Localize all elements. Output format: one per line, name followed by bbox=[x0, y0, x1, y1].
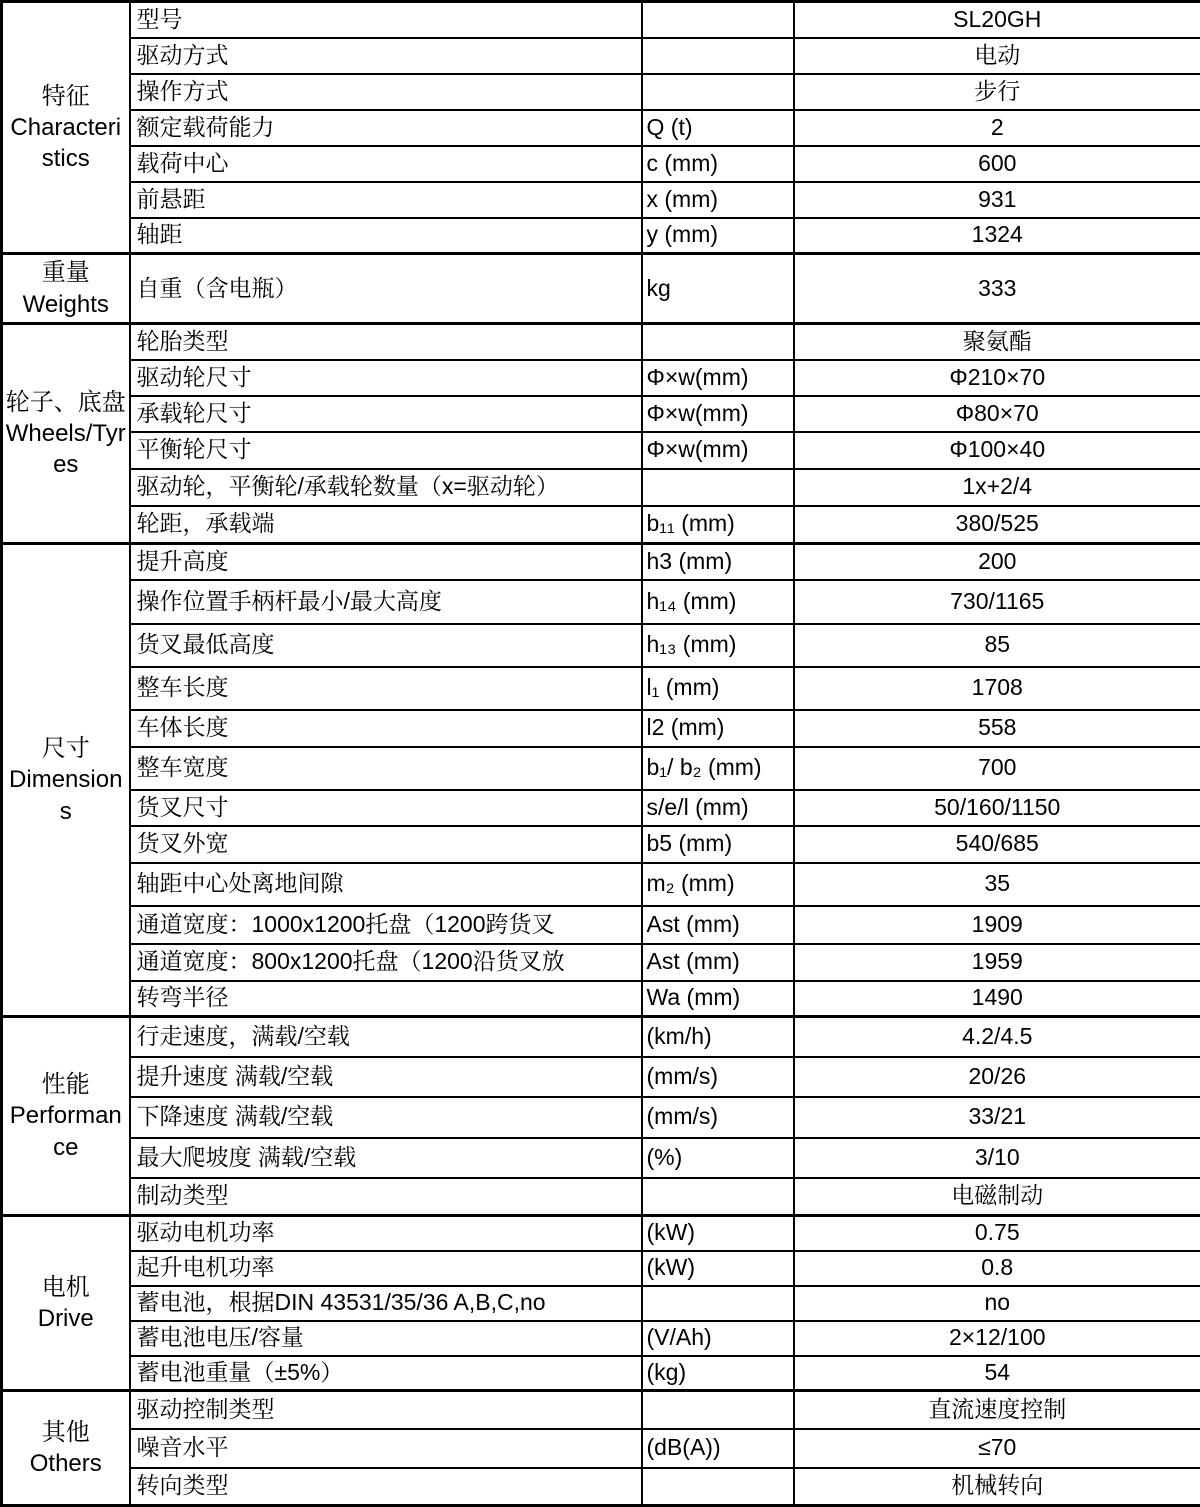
spec-unit: h₁₄ (mm) bbox=[642, 580, 794, 624]
table-row: 蓄电池电压/容量 (V/Ah) 2×12/100 bbox=[2, 1321, 1200, 1356]
spec-name: 额定载荷能力 bbox=[130, 110, 642, 146]
category-label-en: Characteristics bbox=[5, 112, 127, 174]
spec-name: 前悬距 bbox=[130, 182, 642, 218]
spec-unit bbox=[642, 469, 794, 506]
category-cell-dimensions: 尺寸 Dimensions bbox=[2, 544, 130, 1017]
spec-name: 整车宽度 bbox=[130, 747, 642, 790]
spec-value: 1909 bbox=[794, 906, 1200, 944]
spec-name: 操作位置手柄杆最小/最大高度 bbox=[130, 580, 642, 624]
spec-name: 提升高度 bbox=[130, 544, 642, 580]
spec-unit: Q (t) bbox=[642, 110, 794, 146]
category-label-en: Wheels/Tyres bbox=[5, 418, 127, 480]
spec-name: 驱动控制类型 bbox=[130, 1391, 642, 1429]
section-drive: 电机 Drive 驱动电机功率 (kW) 0.75 起升电机功率 (kW) 0.… bbox=[2, 1216, 1200, 1391]
spec-name: 货叉外宽 bbox=[130, 826, 642, 863]
forklift-spec-table: 特征 Characteristics 型号 SL20GH 驱动方式 电动 操作方… bbox=[0, 0, 1200, 1507]
spec-value: 54 bbox=[794, 1356, 1200, 1391]
spec-value: 50/160/1150 bbox=[794, 790, 1200, 826]
spec-unit: b₁₁ (mm) bbox=[642, 506, 794, 544]
spec-name: 最大爬坡度 满载/空载 bbox=[130, 1138, 642, 1178]
spec-unit: b₁/ b₂ (mm) bbox=[642, 747, 794, 790]
spec-unit: b5 (mm) bbox=[642, 826, 794, 863]
spec-value: 558 bbox=[794, 710, 1200, 747]
category-label-zh: 尺寸 bbox=[5, 733, 127, 764]
spec-unit: s/e/l (mm) bbox=[642, 790, 794, 826]
table-row: 下降速度 满载/空载 (mm/s) 33/21 bbox=[2, 1097, 1200, 1138]
section-others: 其他 Others 驱动控制类型 直流速度控制 噪音水平 (dB(A)) ≤70… bbox=[2, 1391, 1200, 1506]
table-row: 驱动方式 电动 bbox=[2, 38, 1200, 74]
table-row: 蓄电池重量（±5%） (kg) 54 bbox=[2, 1356, 1200, 1391]
spec-name: 噪音水平 bbox=[130, 1429, 642, 1468]
spec-name: 蓄电池电压/容量 bbox=[130, 1321, 642, 1356]
table-row: 通道宽度：1000x1200托盘（1200跨货叉 Ast (mm) 1909 bbox=[2, 906, 1200, 944]
spec-unit: Φ×w(mm) bbox=[642, 396, 794, 432]
table-row: 货叉最低高度 h₁₃ (mm) 85 bbox=[2, 624, 1200, 667]
table-row: 货叉外宽 b5 (mm) 540/685 bbox=[2, 826, 1200, 863]
table-row: 轮子、底盘 Wheels/Tyres 轮胎类型 聚氨酯 bbox=[2, 324, 1200, 360]
spec-name: 驱动方式 bbox=[130, 38, 642, 74]
spec-unit: (km/h) bbox=[642, 1017, 794, 1057]
table-row: 货叉尺寸 s/e/l (mm) 50/160/1150 bbox=[2, 790, 1200, 826]
spec-value: 1490 bbox=[794, 981, 1200, 1017]
spec-unit: h3 (mm) bbox=[642, 544, 794, 580]
category-label-en: Others bbox=[5, 1448, 127, 1479]
spec-unit bbox=[642, 74, 794, 110]
spec-value: 4.2/4.5 bbox=[794, 1017, 1200, 1057]
spec-name: 轮距，承载端 bbox=[130, 506, 642, 544]
spec-name: 操作方式 bbox=[130, 74, 642, 110]
spec-value: 1x+2/4 bbox=[794, 469, 1200, 506]
spec-value: 35 bbox=[794, 863, 1200, 906]
spec-value: 2×12/100 bbox=[794, 1321, 1200, 1356]
spec-value: 0.8 bbox=[794, 1251, 1200, 1286]
spec-name: 车体长度 bbox=[130, 710, 642, 747]
spec-name: 整车长度 bbox=[130, 667, 642, 710]
spec-unit: (mm/s) bbox=[642, 1097, 794, 1138]
category-label-en: Drive bbox=[5, 1303, 127, 1334]
section-wheels: 轮子、底盘 Wheels/Tyres 轮胎类型 聚氨酯 驱动轮尺寸 Φ×w(mm… bbox=[2, 324, 1200, 544]
spec-name: 自重（含电瓶） bbox=[130, 254, 642, 324]
spec-value: 1324 bbox=[794, 218, 1200, 254]
spec-unit: (mm/s) bbox=[642, 1057, 794, 1097]
table-row: 承载轮尺寸 Φ×w(mm) Φ80×70 bbox=[2, 396, 1200, 432]
table-row: 轮距，承载端 b₁₁ (mm) 380/525 bbox=[2, 506, 1200, 544]
category-label-zh: 其他 bbox=[5, 1417, 127, 1448]
spec-unit: (%) bbox=[642, 1138, 794, 1178]
table-row: 蓄电池，根据DIN 43531/35/36 A,B,C,no no bbox=[2, 1286, 1200, 1321]
table-row: 前悬距 x (mm) 931 bbox=[2, 182, 1200, 218]
spec-unit: Ast (mm) bbox=[642, 906, 794, 944]
table-row: 制动类型 电磁制动 bbox=[2, 1178, 1200, 1216]
table-row: 轴距中心处离地间隙 m₂ (mm) 35 bbox=[2, 863, 1200, 906]
spec-value: no bbox=[794, 1286, 1200, 1321]
category-label-en: Performance bbox=[5, 1100, 127, 1162]
spec-name: 载荷中心 bbox=[130, 146, 642, 182]
table-row: 重量 Weights 自重（含电瓶） kg 333 bbox=[2, 254, 1200, 324]
spec-unit: Ast (mm) bbox=[642, 944, 794, 981]
section-weights: 重量 Weights 自重（含电瓶） kg 333 bbox=[2, 254, 1200, 324]
spec-value: 1959 bbox=[794, 944, 1200, 981]
spec-unit: (kW) bbox=[642, 1216, 794, 1251]
category-label-en: Weights bbox=[5, 289, 127, 320]
table-row: 转弯半径 Wa (mm) 1490 bbox=[2, 981, 1200, 1017]
table-row: 起升电机功率 (kW) 0.8 bbox=[2, 1251, 1200, 1286]
spec-unit: c (mm) bbox=[642, 146, 794, 182]
table-row: 整车宽度 b₁/ b₂ (mm) 700 bbox=[2, 747, 1200, 790]
spec-name: 提升速度 满载/空载 bbox=[130, 1057, 642, 1097]
table-row: 操作位置手柄杆最小/最大高度 h₁₄ (mm) 730/1165 bbox=[2, 580, 1200, 624]
table-row: 整车长度 l₁ (mm) 1708 bbox=[2, 667, 1200, 710]
table-row: 特征 Characteristics 型号 SL20GH bbox=[2, 2, 1200, 38]
spec-name: 通道宽度：1000x1200托盘（1200跨货叉 bbox=[130, 906, 642, 944]
spec-unit bbox=[642, 1391, 794, 1429]
spec-value: 700 bbox=[794, 747, 1200, 790]
category-cell-characteristics: 特征 Characteristics bbox=[2, 2, 130, 254]
spec-name: 下降速度 满载/空载 bbox=[130, 1097, 642, 1138]
spec-name: 起升电机功率 bbox=[130, 1251, 642, 1286]
category-label-zh: 性能 bbox=[5, 1069, 127, 1100]
spec-name: 转弯半径 bbox=[130, 981, 642, 1017]
spec-name: 型号 bbox=[130, 2, 642, 38]
table-row: 通道宽度：800x1200托盘（1200沿货叉放 Ast (mm) 1959 bbox=[2, 944, 1200, 981]
spec-name: 驱动轮尺寸 bbox=[130, 360, 642, 396]
spec-name: 制动类型 bbox=[130, 1178, 642, 1216]
spec-unit: l2 (mm) bbox=[642, 710, 794, 747]
spec-value: 步行 bbox=[794, 74, 1200, 110]
category-cell-others: 其他 Others bbox=[2, 1391, 130, 1506]
table-row: 操作方式 步行 bbox=[2, 74, 1200, 110]
category-cell-drive: 电机 Drive bbox=[2, 1216, 130, 1391]
spec-unit bbox=[642, 324, 794, 360]
spec-value: 380/525 bbox=[794, 506, 1200, 544]
spec-value: Φ100×40 bbox=[794, 432, 1200, 469]
spec-name: 驱动电机功率 bbox=[130, 1216, 642, 1251]
table-row: 性能 Performance 行走速度，满载/空载 (km/h) 4.2/4.5 bbox=[2, 1017, 1200, 1057]
spec-value: 33/21 bbox=[794, 1097, 1200, 1138]
spec-unit: l₁ (mm) bbox=[642, 667, 794, 710]
spec-name: 蓄电池重量（±5%） bbox=[130, 1356, 642, 1391]
category-label-en: Dimensions bbox=[5, 764, 127, 826]
spec-name: 轴距中心处离地间隙 bbox=[130, 863, 642, 906]
spec-value: 540/685 bbox=[794, 826, 1200, 863]
spec-value: 333 bbox=[794, 254, 1200, 324]
spec-name: 轴距 bbox=[130, 218, 642, 254]
spec-value: 600 bbox=[794, 146, 1200, 182]
spec-value: 2 bbox=[794, 110, 1200, 146]
spec-value: ≤70 bbox=[794, 1429, 1200, 1468]
category-label-zh: 电机 bbox=[5, 1272, 127, 1303]
spec-unit: (V/Ah) bbox=[642, 1321, 794, 1356]
table-row: 最大爬坡度 满载/空载 (%) 3/10 bbox=[2, 1138, 1200, 1178]
table-row: 轴距 y (mm) 1324 bbox=[2, 218, 1200, 254]
spec-name: 货叉最低高度 bbox=[130, 624, 642, 667]
category-label-zh: 特征 bbox=[5, 81, 127, 112]
table-row: 尺寸 Dimensions 提升高度 h3 (mm) 200 bbox=[2, 544, 1200, 580]
spec-unit: h₁₃ (mm) bbox=[642, 624, 794, 667]
spec-unit: Φ×w(mm) bbox=[642, 432, 794, 469]
spec-unit: y (mm) bbox=[642, 218, 794, 254]
table-row: 平衡轮尺寸 Φ×w(mm) Φ100×40 bbox=[2, 432, 1200, 469]
table-row: 其他 Others 驱动控制类型 直流速度控制 bbox=[2, 1391, 1200, 1429]
spec-value: Φ210×70 bbox=[794, 360, 1200, 396]
section-performance: 性能 Performance 行走速度，满载/空载 (km/h) 4.2/4.5… bbox=[2, 1017, 1200, 1216]
spec-value: 直流速度控制 bbox=[794, 1391, 1200, 1429]
table-row: 载荷中心 c (mm) 600 bbox=[2, 146, 1200, 182]
spec-value: 聚氨酯 bbox=[794, 324, 1200, 360]
spec-value: 0.75 bbox=[794, 1216, 1200, 1251]
table-row: 驱动轮，平衡轮/承载轮数量（x=驱动轮） 1x+2/4 bbox=[2, 469, 1200, 506]
category-cell-performance: 性能 Performance bbox=[2, 1017, 130, 1216]
spec-name: 平衡轮尺寸 bbox=[130, 432, 642, 469]
spec-unit bbox=[642, 1286, 794, 1321]
spec-value: 931 bbox=[794, 182, 1200, 218]
spec-unit: kg bbox=[642, 254, 794, 324]
category-cell-wheels: 轮子、底盘 Wheels/Tyres bbox=[2, 324, 130, 544]
spec-value: Φ80×70 bbox=[794, 396, 1200, 432]
spec-unit bbox=[642, 38, 794, 74]
spec-value: 电磁制动 bbox=[794, 1178, 1200, 1216]
spec-name: 行走速度，满载/空载 bbox=[130, 1017, 642, 1057]
spec-unit bbox=[642, 1178, 794, 1216]
table-row: 提升速度 满载/空载 (mm/s) 20/26 bbox=[2, 1057, 1200, 1097]
spec-unit: (kW) bbox=[642, 1251, 794, 1286]
table-row: 驱动轮尺寸 Φ×w(mm) Φ210×70 bbox=[2, 360, 1200, 396]
spec-value: 电动 bbox=[794, 38, 1200, 74]
table-row: 车体长度 l2 (mm) 558 bbox=[2, 710, 1200, 747]
spec-name: 轮胎类型 bbox=[130, 324, 642, 360]
table-row: 电机 Drive 驱动电机功率 (kW) 0.75 bbox=[2, 1216, 1200, 1251]
spec-unit: (dB(A)) bbox=[642, 1429, 794, 1468]
spec-name: 货叉尺寸 bbox=[130, 790, 642, 826]
section-dimensions: 尺寸 Dimensions 提升高度 h3 (mm) 200 操作位置手柄杆最小… bbox=[2, 544, 1200, 1017]
spec-unit: (kg) bbox=[642, 1356, 794, 1391]
spec-value: 85 bbox=[794, 624, 1200, 667]
spec-unit: m₂ (mm) bbox=[642, 863, 794, 906]
spec-name: 承载轮尺寸 bbox=[130, 396, 642, 432]
table-row: 噪音水平 (dB(A)) ≤70 bbox=[2, 1429, 1200, 1468]
spec-value: 1708 bbox=[794, 667, 1200, 710]
spec-unit: Wa (mm) bbox=[642, 981, 794, 1017]
spec-name: 通道宽度：800x1200托盘（1200沿货叉放 bbox=[130, 944, 642, 981]
category-cell-weights: 重量 Weights bbox=[2, 254, 130, 324]
spec-value: 3/10 bbox=[794, 1138, 1200, 1178]
spec-value: SL20GH bbox=[794, 2, 1200, 38]
spec-name: 驱动轮，平衡轮/承载轮数量（x=驱动轮） bbox=[130, 469, 642, 506]
spec-value: 20/26 bbox=[794, 1057, 1200, 1097]
category-label-zh: 轮子、底盘 bbox=[5, 387, 127, 418]
spec-unit: Φ×w(mm) bbox=[642, 360, 794, 396]
spec-unit: x (mm) bbox=[642, 182, 794, 218]
spec-unit bbox=[642, 2, 794, 38]
table-row: 额定载荷能力 Q (t) 2 bbox=[2, 110, 1200, 146]
category-label-zh: 重量 bbox=[5, 257, 127, 288]
spec-value: 730/1165 bbox=[794, 580, 1200, 624]
spec-value: 200 bbox=[794, 544, 1200, 580]
spec-name: 蓄电池，根据DIN 43531/35/36 A,B,C,no bbox=[130, 1286, 642, 1321]
section-characteristics: 特征 Characteristics 型号 SL20GH 驱动方式 电动 操作方… bbox=[2, 2, 1200, 254]
